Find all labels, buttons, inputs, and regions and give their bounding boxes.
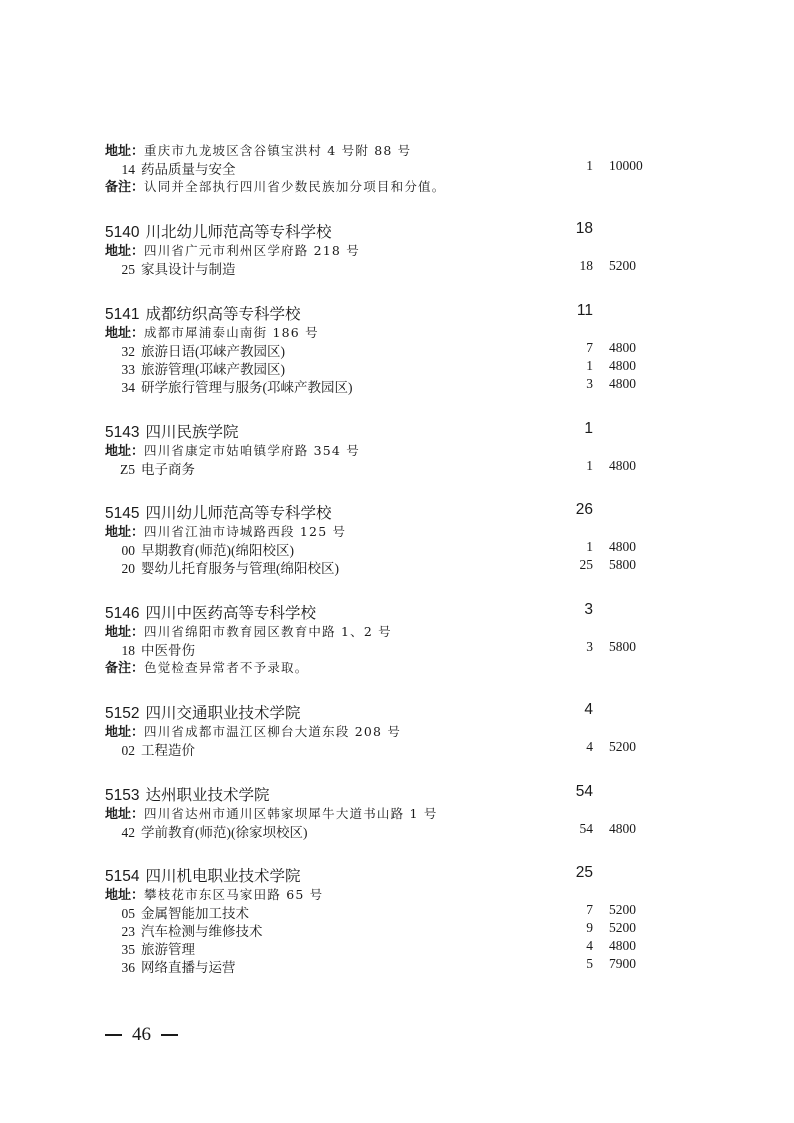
major-fee: 5200 bbox=[609, 739, 649, 755]
major-count: 25 bbox=[540, 557, 593, 573]
school-code: 5141 bbox=[105, 306, 139, 323]
major-count: 7 bbox=[540, 902, 593, 918]
school-total: 26 bbox=[540, 501, 593, 519]
note-line: 备注：色觉检查异常者不予录取。 bbox=[105, 657, 308, 675]
dash-right bbox=[161, 1034, 178, 1036]
address-line: 地址：四川省康定市姑咱镇学府路 354 号 bbox=[105, 440, 360, 458]
school-name: 四川交通职业技术学院 bbox=[145, 705, 300, 722]
address-text: 四川省达州市通川区韩家坝犀牛大道书山路 1 号 bbox=[144, 806, 438, 821]
school-name: 川北幼儿师范高等专科学校 bbox=[145, 224, 331, 241]
address-text: 四川省江油市诗城路西段 125 号 bbox=[144, 524, 346, 539]
school-name: 四川机电职业技术学院 bbox=[145, 868, 300, 885]
address-label: 地址： bbox=[105, 888, 144, 903]
major-count: 4 bbox=[540, 938, 593, 954]
school-total: 3 bbox=[540, 601, 593, 619]
school-code: 5146 bbox=[105, 605, 139, 622]
major-count: 1 bbox=[540, 358, 593, 374]
major-fee: 4800 bbox=[609, 458, 649, 474]
address-text: 攀枝花市东区马家田路 65 号 bbox=[144, 887, 323, 902]
school-code: 5140 bbox=[105, 224, 139, 241]
major-fee: 7900 bbox=[609, 956, 649, 972]
major-fee: 4800 bbox=[609, 340, 649, 356]
major-fee: 4800 bbox=[609, 938, 649, 954]
major-name: 婴幼儿托育服务与管理(绵阳校区) bbox=[141, 561, 339, 576]
major-row: Z5电子商务 bbox=[105, 458, 195, 476]
address-line: 地址：四川省广元市利州区学府路 218 号 bbox=[105, 240, 360, 258]
note-label: 备注： bbox=[105, 661, 144, 676]
major-row: 32旅游日语(邛崃产教园区) bbox=[105, 340, 285, 358]
major-name: 电子商务 bbox=[141, 462, 195, 477]
major-count: 5 bbox=[540, 956, 593, 972]
major-fee: 4800 bbox=[609, 376, 649, 392]
major-count: 1 bbox=[540, 539, 593, 555]
dash-left bbox=[105, 1034, 122, 1036]
note-line: 备注：认同并全部执行四川省少数民族加分项目和分值。 bbox=[105, 176, 445, 194]
address-text: 重庆市九龙坡区含谷镇宝洪村 4 号附 88 号 bbox=[144, 143, 411, 158]
school-code: 5152 bbox=[105, 705, 139, 722]
major-name: 旅游管理 bbox=[141, 942, 195, 957]
school-total: 11 bbox=[540, 302, 593, 320]
major-code: 36 bbox=[113, 960, 135, 976]
address-text: 四川省成都市温江区柳台大道东段 208 号 bbox=[144, 724, 401, 739]
school-header: 5140川北幼儿师范高等专科学校 bbox=[105, 220, 332, 240]
address-label: 地址： bbox=[105, 525, 144, 540]
major-row: 14药品质量与安全 bbox=[105, 158, 236, 176]
major-count: 9 bbox=[540, 920, 593, 936]
school-name: 成都纺织高等专科学校 bbox=[145, 306, 300, 323]
address-text: 成都市犀浦泰山南街 186 号 bbox=[144, 325, 319, 340]
address-label: 地址： bbox=[105, 725, 144, 740]
major-code: 34 bbox=[113, 380, 135, 396]
major-row: 18中医骨伤 bbox=[105, 639, 195, 657]
major-name: 药品质量与安全 bbox=[141, 162, 236, 177]
major-name: 网络直播与运营 bbox=[141, 960, 236, 975]
school-total: 1 bbox=[540, 420, 593, 438]
major-count: 3 bbox=[540, 639, 593, 655]
major-name: 早期教育(师范)(绵阳校区) bbox=[141, 543, 294, 558]
address-text: 四川省广元市利州区学府路 218 号 bbox=[144, 243, 360, 258]
address-label: 地址： bbox=[105, 444, 144, 459]
major-row: 05金属智能加工技术 bbox=[105, 902, 249, 920]
address-line: 地址：成都市犀浦泰山南街 186 号 bbox=[105, 322, 319, 340]
school-name: 四川幼儿师范高等专科学校 bbox=[145, 505, 331, 522]
address-label: 地址： bbox=[105, 326, 144, 341]
major-row: 25家具设计与制造 bbox=[105, 258, 236, 276]
school-name: 四川中医药高等专科学校 bbox=[145, 605, 316, 622]
address-line: 地址：重庆市九龙坡区含谷镇宝洪村 4 号附 88 号 bbox=[105, 140, 411, 158]
school-header: 5154四川机电职业技术学院 bbox=[105, 864, 301, 884]
major-row: 23汽车检测与维修技术 bbox=[105, 920, 263, 938]
major-fee: 5200 bbox=[609, 902, 649, 918]
major-row: 00早期教育(师范)(绵阳校区) bbox=[105, 539, 294, 557]
major-name: 学前教育(师范)(徐家坝校区) bbox=[141, 825, 307, 840]
major-count: 3 bbox=[540, 376, 593, 392]
major-name: 工程造价 bbox=[141, 743, 195, 758]
school-code: 5143 bbox=[105, 424, 139, 441]
school-total: 18 bbox=[540, 220, 593, 238]
major-fee: 5800 bbox=[609, 557, 649, 573]
major-code: Z5 bbox=[113, 462, 135, 478]
page-footer: 46 bbox=[105, 1024, 178, 1046]
major-fee: 5200 bbox=[609, 258, 649, 274]
major-row: 02工程造价 bbox=[105, 739, 195, 757]
major-count: 18 bbox=[540, 258, 593, 274]
address-text: 四川省康定市姑咱镇学府路 354 号 bbox=[144, 443, 360, 458]
major-row: 33旅游管理(邛崃产教园区) bbox=[105, 358, 285, 376]
major-count: 1 bbox=[540, 158, 593, 174]
note-text: 认同并全部执行四川省少数民族加分项目和分值。 bbox=[144, 179, 445, 194]
major-name: 旅游管理(邛崃产教园区) bbox=[141, 362, 285, 377]
address-label: 地址： bbox=[105, 144, 144, 159]
school-code: 5145 bbox=[105, 505, 139, 522]
school-total: 4 bbox=[540, 701, 593, 719]
major-name: 中医骨伤 bbox=[141, 643, 195, 658]
major-name: 汽车检测与维修技术 bbox=[141, 924, 263, 939]
major-count: 7 bbox=[540, 340, 593, 356]
major-fee: 4800 bbox=[609, 539, 649, 555]
school-header: 5143四川民族学院 bbox=[105, 420, 239, 440]
school-code: 5154 bbox=[105, 868, 139, 885]
major-code: 20 bbox=[113, 561, 135, 577]
address-line: 地址：四川省成都市温江区柳台大道东段 208 号 bbox=[105, 721, 401, 739]
note-text: 色觉检查异常者不予录取。 bbox=[144, 660, 308, 675]
school-total: 54 bbox=[540, 783, 593, 801]
major-code: 25 bbox=[113, 262, 135, 278]
page-number: 46 bbox=[132, 1024, 151, 1046]
major-name: 金属智能加工技术 bbox=[141, 906, 249, 921]
major-row: 35旅游管理 bbox=[105, 938, 195, 956]
major-count: 1 bbox=[540, 458, 593, 474]
school-header: 5146四川中医药高等专科学校 bbox=[105, 601, 316, 621]
school-name: 四川民族学院 bbox=[145, 424, 238, 441]
major-fee: 10000 bbox=[609, 158, 649, 174]
school-header: 5145四川幼儿师范高等专科学校 bbox=[105, 501, 332, 521]
address-label: 地址： bbox=[105, 244, 144, 259]
address-text: 四川省绵阳市教育园区教育中路 1、2 号 bbox=[144, 624, 392, 639]
major-count: 54 bbox=[540, 821, 593, 837]
address-line: 地址：四川省绵阳市教育园区教育中路 1、2 号 bbox=[105, 621, 392, 639]
major-fee: 5200 bbox=[609, 920, 649, 936]
address-line: 地址：四川省达州市通川区韩家坝犀牛大道书山路 1 号 bbox=[105, 803, 438, 821]
major-row: 36网络直播与运营 bbox=[105, 956, 236, 974]
major-fee: 4800 bbox=[609, 358, 649, 374]
school-name: 达州职业技术学院 bbox=[145, 787, 269, 804]
school-header: 5141成都纺织高等专科学校 bbox=[105, 302, 301, 322]
address-line: 地址：攀枝花市东区马家田路 65 号 bbox=[105, 884, 323, 902]
major-count: 4 bbox=[540, 739, 593, 755]
address-line: 地址：四川省江油市诗城路西段 125 号 bbox=[105, 521, 346, 539]
school-header: 5152四川交通职业技术学院 bbox=[105, 701, 301, 721]
major-name: 旅游日语(邛崃产教园区) bbox=[141, 344, 285, 359]
major-row: 42学前教育(师范)(徐家坝校区) bbox=[105, 821, 307, 839]
school-code: 5153 bbox=[105, 787, 139, 804]
address-label: 地址： bbox=[105, 807, 144, 822]
major-row: 20婴幼儿托育服务与管理(绵阳校区) bbox=[105, 557, 339, 575]
major-name: 研学旅行管理与服务(邛崃产教园区) bbox=[141, 380, 353, 395]
major-name: 家具设计与制造 bbox=[141, 262, 236, 277]
document-page: 地址：重庆市九龙坡区含谷镇宝洪村 4 号附 88 号 14药品质量与安全 1 1… bbox=[0, 0, 794, 1123]
major-code: 02 bbox=[113, 743, 135, 759]
major-code: 42 bbox=[113, 825, 135, 841]
school-header: 5153达州职业技术学院 bbox=[105, 783, 270, 803]
major-fee: 4800 bbox=[609, 821, 649, 837]
address-label: 地址： bbox=[105, 625, 144, 640]
note-label: 备注： bbox=[105, 180, 144, 195]
major-row: 34研学旅行管理与服务(邛崃产教园区) bbox=[105, 376, 353, 394]
school-total: 25 bbox=[540, 864, 593, 882]
major-fee: 5800 bbox=[609, 639, 649, 655]
